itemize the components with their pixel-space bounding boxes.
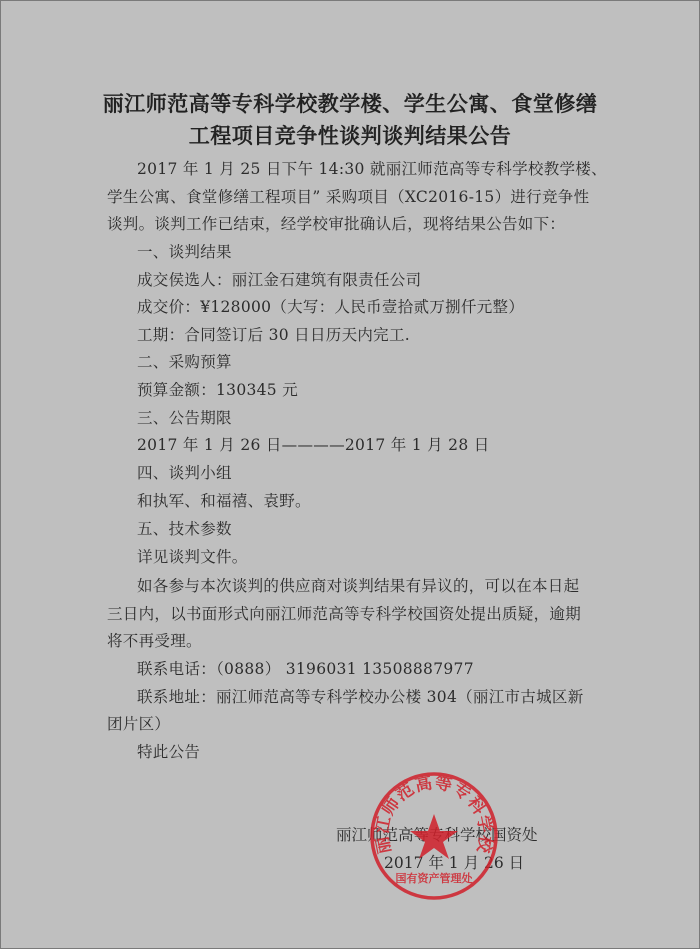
intro-line-2: 学生公寓、食堂修缮工程项目” 采购项目（XC2016-15）进行竞争性 (107, 185, 589, 207)
section-3-heading: 三、公告期限 (137, 406, 232, 428)
official-seal-icon: 丽江师范高等专科学校 国有资产管理处 (368, 770, 500, 902)
objection-line-1: 如各参与本次谈判的供应商对谈判结果有异议的，可以在本日起 (137, 574, 579, 596)
section-5-heading: 五、技术参数 (137, 517, 232, 539)
negotiation-team-members: 和执军、和福禧、袁野。 (137, 489, 311, 511)
construction-period: 工期：合同签订后 30 日日历天内完工. (137, 323, 410, 345)
transaction-price: 成交价：¥128000（大写：人民币壹拾贰万捌仟元整） (137, 295, 524, 317)
section-4-heading: 四、谈判小组 (137, 461, 232, 483)
section-2-heading: 二、采购预算 (137, 350, 232, 372)
intro-line-1: 2017 年 1 月 25 日下午 14:30 就丽江师范高等专科学校教学楼、 (137, 157, 607, 179)
document-title-line-2: 工程项目竞争性谈判谈判结果公告 (0, 120, 700, 150)
intro-line-3: 谈判。谈判工作已结束，经学校审批确认后，现将结果公告如下： (107, 212, 565, 234)
budget-amount: 预算金额：130345 元 (137, 378, 298, 400)
document-title-line-1: 丽江师范高等专科学校教学楼、学生公寓、食堂修缮 (0, 88, 700, 118)
contact-address-line-2: 团片区） (107, 712, 170, 734)
svg-text:国有资产管理处: 国有资产管理处 (396, 871, 473, 885)
objection-line-3: 将不再受理。 (107, 629, 202, 651)
contact-address-line-1: 联系地址：丽江师范高等专科学校办公楼 304（丽江市古城区新 (137, 685, 584, 707)
contact-phone: 联系电话：（0888） 3196031 13508887977 (137, 657, 474, 679)
closing-statement: 特此公告 (137, 740, 200, 762)
announcement-period: 2017 年 1 月 26 日————2017 年 1 月 28 日 (137, 433, 490, 455)
section-1-heading: 一、谈判结果 (137, 240, 232, 262)
winning-candidate: 成交侯选人：丽江金石建筑有限责任公司 (137, 268, 421, 290)
technical-parameters-detail: 详见谈判文件。 (137, 545, 248, 567)
objection-line-2: 三日内，以书面形式向丽江师范高等专科学校国资处提出质疑，逾期 (107, 602, 581, 624)
